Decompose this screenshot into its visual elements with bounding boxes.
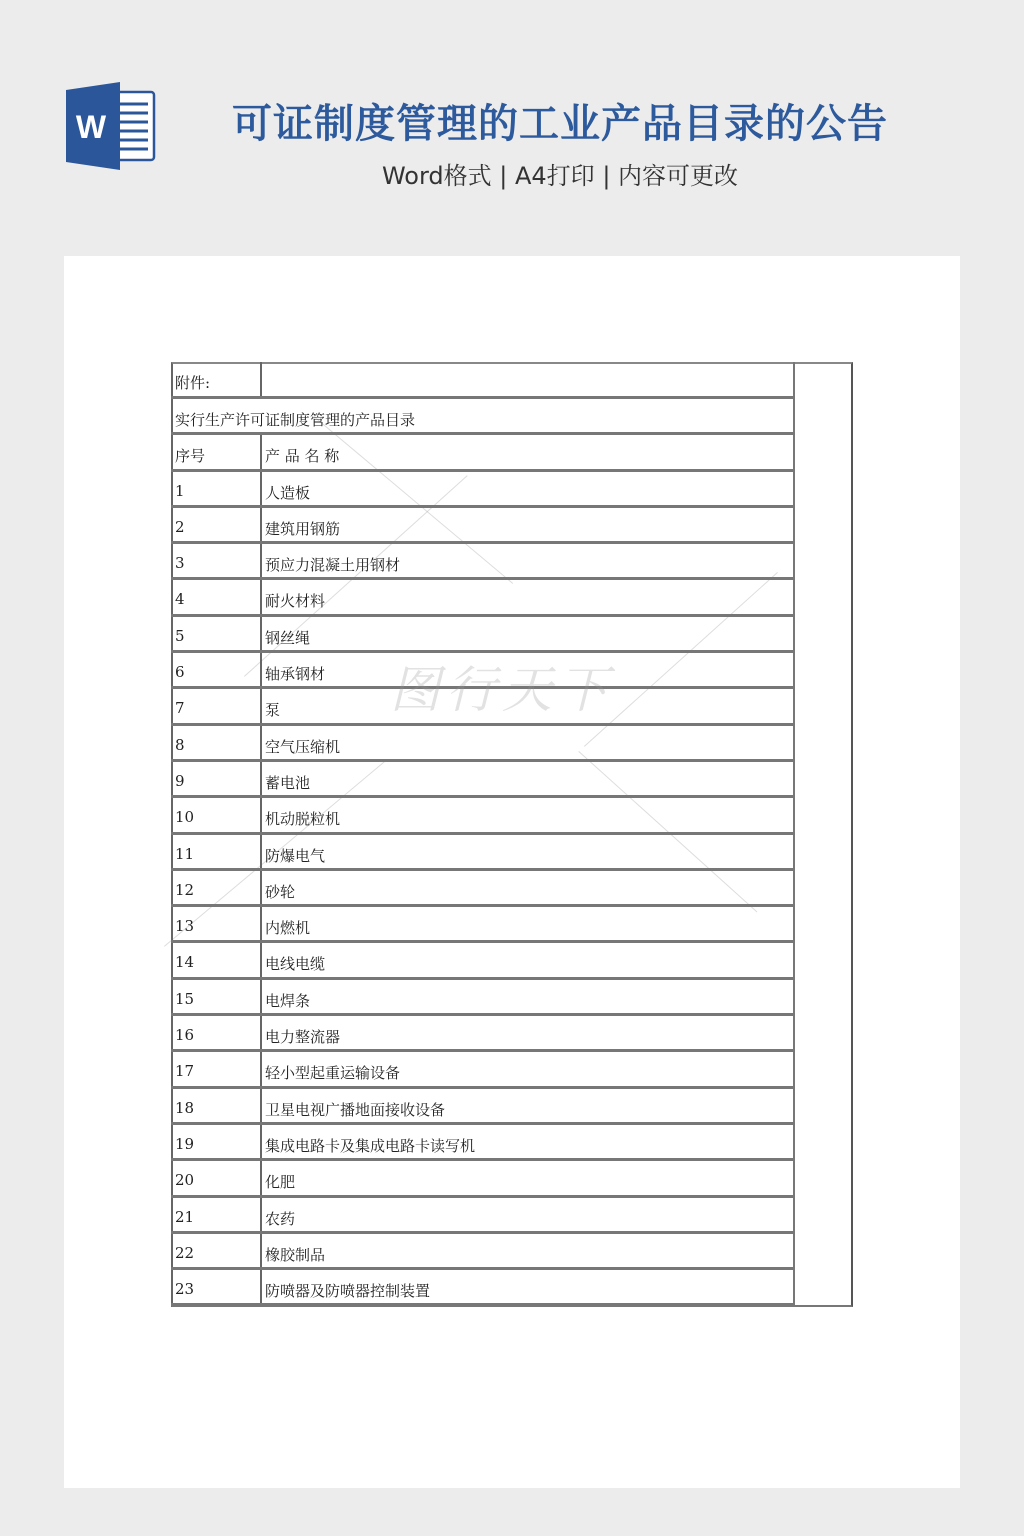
- row-number: 6: [171, 653, 262, 686]
- table-row: 1人造板: [171, 472, 795, 508]
- table-row: 11防爆电气: [171, 835, 795, 871]
- product-name: 防喷器及防喷器控制装置: [262, 1270, 795, 1303]
- product-name: 预应力混凝土用钢材: [262, 544, 795, 577]
- row-number: 3: [171, 544, 262, 577]
- table-row: 13内燃机: [171, 907, 795, 943]
- table-row: 20化肥: [171, 1161, 795, 1197]
- row-number: 14: [171, 943, 262, 976]
- row-number: 18: [171, 1089, 262, 1122]
- product-name: 蓄电池: [262, 762, 795, 795]
- row-number: 9: [171, 762, 262, 795]
- product-name: 农药: [262, 1198, 795, 1231]
- table-row: 18卫星电视广播地面接收设备: [171, 1089, 795, 1125]
- row-number: 17: [171, 1052, 262, 1085]
- row-number: 12: [171, 871, 262, 904]
- table-row: 3预应力混凝土用钢材: [171, 544, 795, 580]
- table-row: 19集成电路卡及集成电路卡读写机: [171, 1125, 795, 1161]
- row-number: 15: [171, 980, 262, 1013]
- table-row: 23防喷器及防喷器控制装置: [171, 1270, 795, 1306]
- table-row: 21农药: [171, 1198, 795, 1234]
- product-name: 电焊条: [262, 980, 795, 1013]
- product-name: 电线电缆: [262, 943, 795, 976]
- table-row: 6轴承钢材: [171, 653, 795, 689]
- table-row: 7泵: [171, 689, 795, 725]
- table-row: 2建筑用钢筋: [171, 508, 795, 544]
- table-row: 15电焊条: [171, 980, 795, 1016]
- table-row: 5钢丝绳: [171, 617, 795, 653]
- product-name: 空气压缩机: [262, 726, 795, 759]
- page-title: 可证制度管理的工业产品目录的公告: [200, 92, 920, 149]
- table-row: 22橡胶制品: [171, 1234, 795, 1270]
- table-header-row: 序号 产 品 名 称: [171, 435, 795, 471]
- product-name: 人造板: [262, 472, 795, 505]
- table-title-row: 实行生产许可证制度管理的产品目录: [171, 399, 795, 435]
- product-name: 橡胶制品: [262, 1234, 795, 1267]
- row-number: 19: [171, 1125, 262, 1158]
- attachment-row: 附件:: [171, 362, 795, 399]
- row-number: 1: [171, 472, 262, 505]
- column-header-name: 产 品 名 称: [262, 435, 795, 468]
- product-name: 防爆电气: [262, 835, 795, 868]
- product-name: 耐火材料: [262, 580, 795, 613]
- row-number: 13: [171, 907, 262, 940]
- table-row: 8空气压缩机: [171, 726, 795, 762]
- product-name: 化肥: [262, 1161, 795, 1194]
- table-row: 14电线电缆: [171, 943, 795, 979]
- row-number: 11: [171, 835, 262, 868]
- table-row: 10机动脱粒机: [171, 798, 795, 834]
- product-name: 轻小型起重运输设备: [262, 1052, 795, 1085]
- document-page: 附件: 实行生产许可证制度管理的产品目录 序号 产 品 名 称 1人造板 2建筑…: [64, 256, 960, 1488]
- row-number: 2: [171, 508, 262, 541]
- table-row: 4耐火材料: [171, 580, 795, 616]
- attachment-label: 附件:: [171, 362, 262, 396]
- product-name: 集成电路卡及集成电路卡读写机: [262, 1125, 795, 1158]
- product-name: 轴承钢材: [262, 653, 795, 686]
- row-number: 16: [171, 1016, 262, 1049]
- table-title: 实行生产许可证制度管理的产品目录: [171, 399, 795, 432]
- page-subtitle: Word格式 | A4打印 | 内容可更改: [200, 156, 920, 191]
- table-row: 9蓄电池: [171, 762, 795, 798]
- row-number: 23: [171, 1270, 262, 1303]
- product-name: 卫星电视广播地面接收设备: [262, 1089, 795, 1122]
- table-row: 17轻小型起重运输设备: [171, 1052, 795, 1088]
- product-name: 机动脱粒机: [262, 798, 795, 831]
- table-row: 16电力整流器: [171, 1016, 795, 1052]
- row-number: 20: [171, 1161, 262, 1194]
- product-name: 建筑用钢筋: [262, 508, 795, 541]
- product-name: 泵: [262, 689, 795, 722]
- row-number: 22: [171, 1234, 262, 1267]
- word-document-icon: W: [66, 82, 156, 170]
- row-number: 10: [171, 798, 262, 831]
- product-name: 电力整流器: [262, 1016, 795, 1049]
- row-number: 21: [171, 1198, 262, 1231]
- row-number: 4: [171, 580, 262, 613]
- row-number: 8: [171, 726, 262, 759]
- header: W 可证制度管理的工业产品目录的公告 Word格式 | A4打印 | 内容可更改: [0, 0, 1024, 256]
- product-name: 钢丝绳: [262, 617, 795, 650]
- svg-text:W: W: [76, 109, 107, 145]
- table-row: 12砂轮: [171, 871, 795, 907]
- product-name: 内燃机: [262, 907, 795, 940]
- product-name: 砂轮: [262, 871, 795, 904]
- attachment-value: [262, 362, 795, 396]
- row-number: 7: [171, 689, 262, 722]
- column-header-no: 序号: [171, 435, 262, 468]
- row-number: 5: [171, 617, 262, 650]
